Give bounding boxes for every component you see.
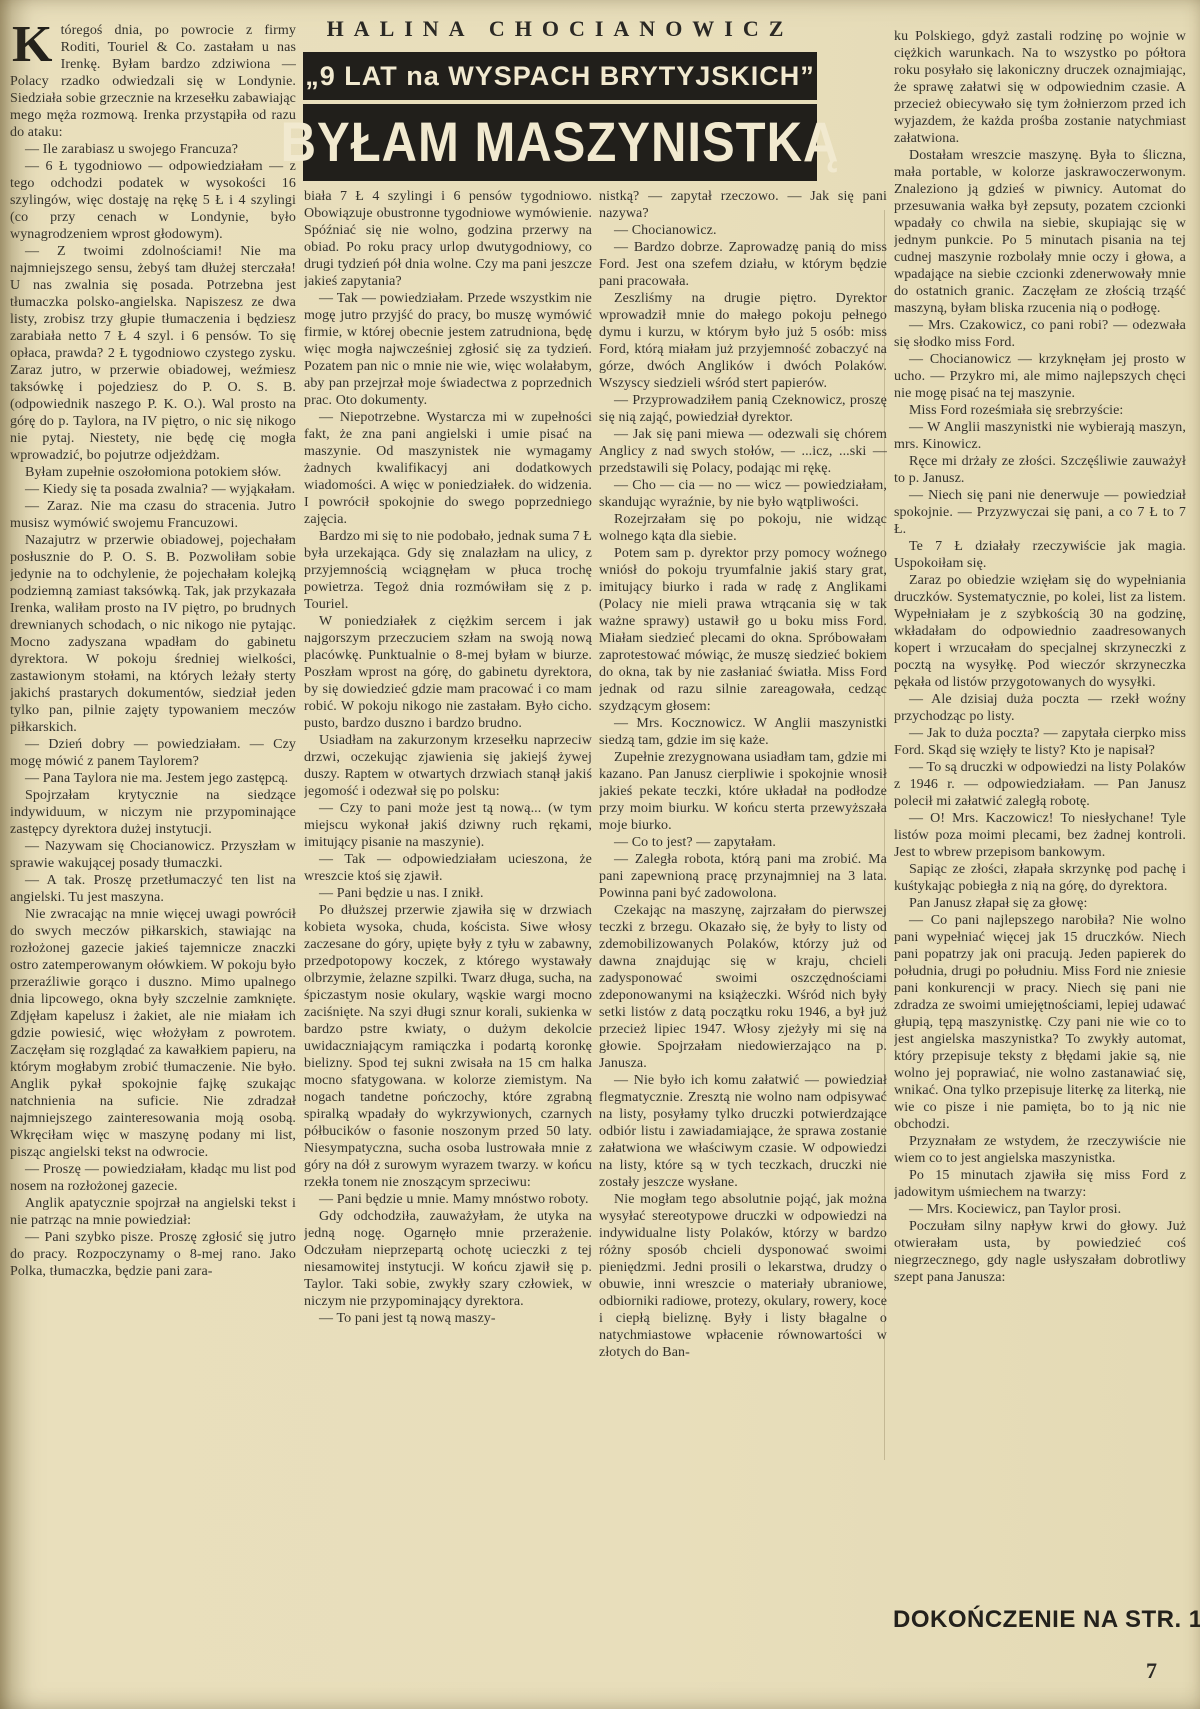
paragraph: — Proszę — powiedziałam, kładąc mu list … (10, 1161, 296, 1195)
paragraph: Miss Ford roześmiała się srebrzyście: (894, 402, 1186, 419)
paragraph: — Zaległa robota, którą pani ma zrobić. … (599, 851, 887, 902)
paragraph: — Z twoimi zdolnościami! Nie ma najmniej… (10, 243, 296, 464)
paragraph: — Niepotrzebne. Wystarcza mi w zupełnośc… (304, 409, 592, 528)
paragraph: — Pani będzie u mnie. Mamy mnóstwo robot… (304, 1191, 592, 1208)
paragraph: Pan Janusz złapał się za głowę: (894, 895, 1186, 912)
paragraph: — Chocianowicz. (599, 222, 887, 239)
paragraph: Usiadłam na zakurzonym krzesełku naprzec… (304, 732, 592, 800)
paragraph: — To pani jest tą nową maszy- (304, 1310, 592, 1327)
paragraph: Ręce mi drżały ze złości. Szczęśliwie za… (894, 453, 1186, 487)
dropcap-letter: K (10, 22, 61, 65)
paragraph: — Co pani najlepszego narobiła? Nie woln… (894, 912, 1186, 1133)
paragraph-list: ku Polskiego, gdyż zastali rodzinę po wo… (894, 28, 1186, 1286)
paragraph: Nie zwracając na mnie więcej uwagi powró… (10, 906, 296, 1161)
paragraph: Zaraz po obiedzie wzięłam się do wypełni… (894, 572, 1186, 691)
paragraph: Rozejrzałam się po pokoju, nie widząc wo… (599, 511, 887, 545)
paragraph: — O! Mrs. Kaczowicz! To niesłychane! Tyl… (894, 810, 1186, 861)
paragraph: Potem sam p. dyrektor przy pomocy woźneg… (599, 545, 887, 715)
paragraph: Spojrzałam krytycznie na siedzące indywi… (10, 787, 296, 838)
paragraph: Byłam zupełnie oszołomiona potokiem słów… (10, 464, 296, 481)
paragraph: Anglik apatycznie spojrzał na angielski … (10, 1195, 296, 1229)
text-column-3: nistką? — zapytał rzeczowo. — Jak się pa… (599, 188, 887, 1533)
paragraph: — Jak się pani miewa — odezwali się chór… (599, 426, 887, 477)
paragraph: — Pani szybko pisze. Proszę zgłosić się … (10, 1229, 296, 1280)
paragraph: — Ale dzisiaj duża poczta — rzekł woźny … (894, 691, 1186, 725)
paragraph: — Tak — powiedziałam. Przede wszystkim n… (304, 290, 592, 409)
paragraph-list: nistką? — zapytał rzeczowo. — Jak się pa… (599, 188, 887, 1361)
paragraph: — Pana Taylora nie ma. Jestem jego zastę… (10, 770, 296, 787)
page-number: 7 (1146, 1658, 1157, 1684)
paragraph: — Kiedy się ta posada zwalnia? — wyjąkał… (10, 481, 296, 498)
paragraph: — Co to jest? — zapytałam. (599, 834, 887, 851)
paragraph: — Mrs. Kociewicz, pan Taylor prosi. (894, 1201, 1186, 1218)
paragraph: — Nazywam się Chocianowicz. Przyszłam w … (10, 838, 296, 872)
magazine-page: HALINA CHOCIANOWICZ „9 LAT na WYSPACH BR… (0, 0, 1200, 1709)
paragraph: — W Anglii maszynistki nie wybierają mas… (894, 419, 1186, 453)
paragraph: ku Polskiego, gdyż zastali rodzinę po wo… (894, 28, 1186, 147)
paragraph-list: — Ile zarabiasz u swojego Francuza?— 6 Ł… (10, 141, 296, 1280)
paragraph: biała 7 Ł 4 szylingi i 6 pensów tygodnio… (304, 188, 592, 290)
paragraph: — Niech się pani nie denerwuje — powiedz… (894, 487, 1186, 538)
paragraph: — Nie było ich komu załatwić — powiedzia… (599, 1072, 887, 1191)
paragraph: Po dłuższej przerwie zjawiła się w drzwi… (304, 902, 592, 1191)
paragraph: Zeszliśmy na drugie piętro. Dyrektor wpr… (599, 290, 887, 392)
text-column-2: biała 7 Ł 4 szylingi i 6 pensów tygodnio… (304, 188, 592, 1533)
paragraph-list: biała 7 Ł 4 szylingi i 6 pensów tygodnio… (304, 188, 592, 1327)
main-title: BYŁAM MASZYNISTKĄ (281, 111, 840, 175)
paragraph: — Chocianowicz — krzyknęłam jej prosto w… (894, 351, 1186, 402)
continuation-note: DOKOŃCZENIE NA STR. 14 (893, 1606, 1193, 1634)
paragraph: — Przyprowadziłem panią Czeknowicz, pros… (599, 392, 887, 426)
paragraph: — Pani będzie u nas. I znikł. (304, 885, 592, 902)
paragraph: nistką? — zapytał rzeczowo. — Jak się pa… (599, 188, 887, 222)
paragraph: — Bardzo dobrze. Zaprowadzę panią do mis… (599, 239, 887, 290)
paragraph: — Ile zarabiasz u swojego Francuza? (10, 141, 296, 158)
paragraph: Sapiąc ze złości, złapała skrzynkę pod p… (894, 861, 1186, 895)
paragraph: — Mrs. Kocznowicz. W Anglii maszynistki … (599, 715, 887, 749)
paragraph: Gdy odchodziła, zauważyłam, że utyka na … (304, 1208, 592, 1310)
article-author: HALINA CHOCIANOWICZ (303, 16, 817, 42)
paragraph: — A tak. Proszę przetłumaczyć ten list n… (10, 872, 296, 906)
series-title: „9 LAT na WYSPACH BRYTYJSKICH” (305, 61, 815, 92)
paragraph: — 6 Ł tygodniowo — odpowiedziałam — z te… (10, 158, 296, 243)
paragraph: W poniedziałek z ciężkim sercem i jak na… (304, 613, 592, 732)
paragraph: Nazajutrz w przerwie obiadowej, pojechał… (10, 532, 296, 736)
paragraph: Zupełnie zrezygnowana usiadłam tam, gdzi… (599, 749, 887, 834)
paragraph: Bardzo mi się to nie podobało, jednak su… (304, 528, 592, 613)
paragraph: — To są druczki w odpowiedzi na listy Po… (894, 759, 1186, 810)
main-title-banner: BYŁAM MASZYNISTKĄ (303, 104, 817, 181)
paragraph: Dostałam wreszcie maszynę. Była to ślicz… (894, 147, 1186, 317)
paragraph: Po 15 minutach zjawiła się miss Ford z j… (894, 1167, 1186, 1201)
paragraph: — Mrs. Czakowicz, co pani robi? — odezwa… (894, 317, 1186, 351)
series-title-banner: „9 LAT na WYSPACH BRYTYJSKICH” (303, 52, 817, 100)
paragraph: Poczułam silny napływ krwi do głowy. Już… (894, 1218, 1186, 1286)
paragraph: — Dzień dobry — powiedziałam. — Czy mogę… (10, 736, 296, 770)
paragraph: Te 7 Ł działały rzeczywiście jak magia. … (894, 538, 1186, 572)
text-column-4: ku Polskiego, gdyż zastali rodzinę po wo… (894, 28, 1186, 1600)
text-column-1: Któregoś dnia, po powrocie z firmy Rodit… (10, 22, 296, 1572)
paragraph: Nie mogłam tego absolutnie pojąć, jak mo… (599, 1191, 887, 1361)
paragraph: — Cho — cia — no — wicz — powiedziałam, … (599, 477, 887, 511)
paragraph: Przyznałam ze wstydem, że rzeczywiście n… (894, 1133, 1186, 1167)
paragraph: — Tak — odpowiedziałam ucieszona, że wre… (304, 851, 592, 885)
paragraph: — Czy to pani może jest tą nową... (w ty… (304, 800, 592, 851)
paragraph: — Zaraz. Nie ma czasu do stracenia. Jutr… (10, 498, 296, 532)
paragraph: Czekając na maszynę, zajrzałam do pierws… (599, 902, 887, 1072)
lead-paragraph: Któregoś dnia, po powrocie z firmy Rodit… (10, 22, 296, 141)
paragraph: — Jak to duża poczta? — zapytała cierpko… (894, 725, 1186, 759)
